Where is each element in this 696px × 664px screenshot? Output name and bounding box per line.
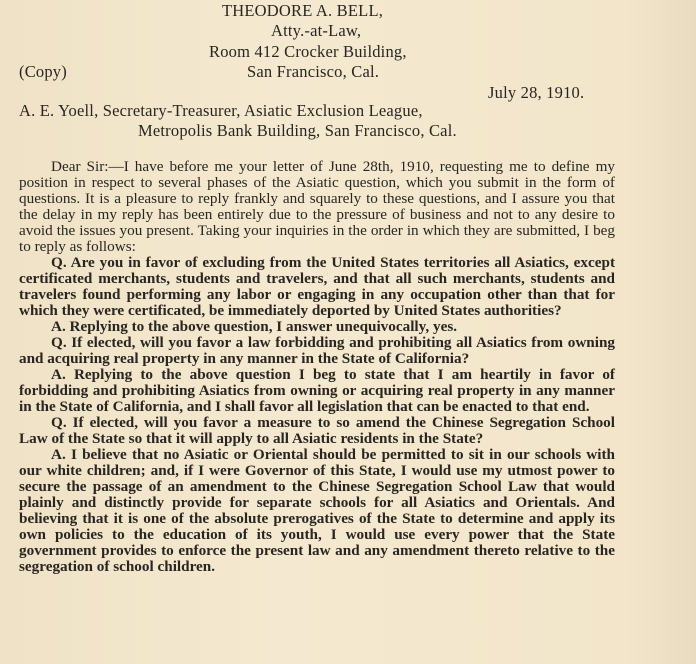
answer-1: A. Replying to the above question, I ans… bbox=[19, 319, 615, 335]
letterhead-name: THEODORE A. BELL, bbox=[222, 1, 383, 21]
answer-2: A. Replying to the above question I beg … bbox=[19, 367, 615, 415]
recipient-line2: Metropolis Bank Building, San Francisco,… bbox=[138, 121, 457, 141]
intro-paragraph: Dear Sir:—I have before me your letter o… bbox=[19, 159, 615, 255]
question-2: Q. If elected, will you favor a law forb… bbox=[19, 335, 615, 367]
question-3: Q. If elected, will you favor a measure … bbox=[19, 415, 615, 447]
letter-date: July 28, 1910. bbox=[488, 83, 584, 103]
recipient-line1: A. E. Yoell, Secretary-Treasurer, Asiati… bbox=[19, 101, 423, 121]
answer-3: A. I believe that no Asiatic or Oriental… bbox=[19, 447, 615, 575]
letterhead-city: San Francisco, Cal. bbox=[247, 62, 379, 82]
letterhead-address: Room 412 Crocker Building, bbox=[209, 42, 407, 62]
copy-mark: (Copy) bbox=[19, 62, 67, 82]
question-1: Q. Are you in favor of excluding from th… bbox=[19, 255, 615, 319]
letter-page: THEODORE A. BELL, Atty.-at-Law, Room 412… bbox=[0, 0, 696, 664]
letter-body: Dear Sir:—I have before me your letter o… bbox=[19, 159, 615, 575]
letterhead-title: Atty.-at-Law, bbox=[271, 21, 361, 41]
